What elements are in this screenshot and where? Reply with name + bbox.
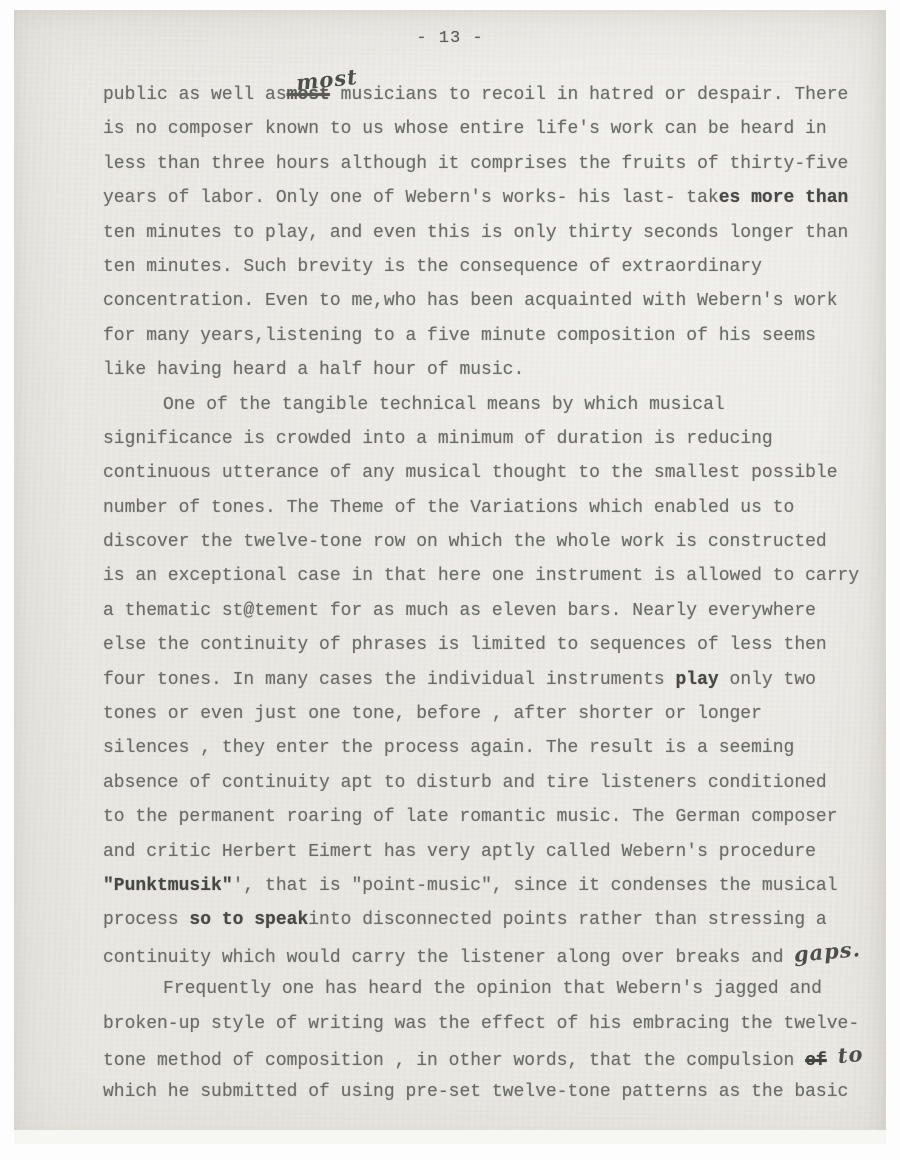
- scan-edge: [14, 1130, 886, 1144]
- text-segment: else the continuity of phrases is limite…: [103, 635, 827, 655]
- text-segment: significance is crowded into a minimum o…: [103, 429, 773, 449]
- text-line: which he submitted of using pre-set twel…: [103, 1075, 873, 1109]
- text-segment: only two: [719, 670, 816, 690]
- text-segment: for many years,listening to a five minut…: [103, 326, 816, 346]
- text-segment: four tones. In many cases the individual…: [103, 670, 676, 690]
- text-segment: [827, 1051, 838, 1071]
- handwritten-correction: gaps.: [793, 932, 863, 972]
- text-segment: ten minutes. Such brevity is the consequ…: [103, 257, 762, 277]
- text-segment: process: [103, 910, 189, 930]
- text-segment: "Punktmusik": [103, 876, 233, 896]
- text-segment: to the permanent roaring of late romanti…: [103, 807, 838, 827]
- paper-sheet: - 13 - most public as well asmost musici…: [14, 10, 886, 1144]
- text-line: discover the twelve-tone row on which th…: [103, 525, 873, 559]
- text-segment: of: [805, 1051, 827, 1071]
- text-line: continuous utterance of any musical thou…: [103, 456, 873, 490]
- text-segment: is an exceptional case in that here one …: [103, 566, 859, 586]
- text-segment: continuity which would carry the listene…: [103, 948, 794, 968]
- text-segment: less than three hours although it compri…: [103, 154, 848, 174]
- text-segment: and critic Herbert Eimert has very aptly…: [103, 842, 816, 862]
- text-line: a thematic st@tement for as much as elev…: [103, 594, 873, 628]
- text-segment: continuous utterance of any musical thou…: [103, 463, 838, 483]
- handwritten-correction: to: [836, 1037, 865, 1074]
- text-segment: a thematic st@tement for as much as elev…: [103, 601, 816, 621]
- text-segment: silences , they enter the process again.…: [103, 738, 794, 758]
- text-line: silences , they enter the process again.…: [103, 731, 873, 765]
- text-line: tone method of composition , in other wo…: [103, 1041, 873, 1075]
- text-line: number of tones. The Theme of the Variat…: [103, 491, 873, 525]
- page-number: - 13 -: [14, 29, 886, 48]
- text-line: broken-up style of writing was the effec…: [103, 1007, 873, 1041]
- text-line: ten minutes to play, and even this is on…: [103, 216, 873, 250]
- text-segment: Frequently one has heard the opinion tha…: [163, 979, 822, 999]
- text-line: like having heard a half hour of music.: [103, 353, 873, 387]
- text-line: is no composer known to us whose entire …: [103, 112, 873, 146]
- text-line: public as well asmost musicians to recoi…: [103, 78, 873, 112]
- text-line: process so to speakinto disconnected poi…: [103, 903, 873, 937]
- text-line: to the permanent roaring of late romanti…: [103, 800, 873, 834]
- text-line: One of the tangible technical means by w…: [103, 388, 873, 422]
- text-segment: is no composer known to us whose entire …: [103, 119, 827, 139]
- text-line: absence of continuity apt to disturb and…: [103, 766, 873, 800]
- text-segment: musicians to recoil in hatred or despair…: [330, 85, 848, 105]
- text-segment: years of labor. Only one of Webern's wor…: [103, 188, 719, 208]
- text-line: significance is crowded into a minimum o…: [103, 422, 873, 456]
- text-segment: like having heard a half hour of music.: [103, 360, 524, 380]
- typewritten-text: public as well asmost musicians to recoi…: [103, 78, 873, 1110]
- text-line: less than three hours although it compri…: [103, 147, 873, 181]
- text-line: years of labor. Only one of Webern's wor…: [103, 181, 873, 215]
- text-line: concentration. Even to me,who has been a…: [103, 284, 873, 318]
- text-line: ten minutes. Such brevity is the consequ…: [103, 250, 873, 284]
- text-segment: One of the tangible technical means by w…: [163, 395, 725, 415]
- text-line: is an exceptional case in that here one …: [103, 559, 873, 593]
- text-line: and critic Herbert Eimert has very aptly…: [103, 835, 873, 869]
- scanned-page: - 13 - most public as well asmost musici…: [0, 0, 900, 1160]
- text-segment: number of tones. The Theme of the Variat…: [103, 498, 794, 518]
- text-segment: absence of continuity apt to disturb and…: [103, 773, 827, 793]
- text-segment: tone method of composition , in other wo…: [103, 1051, 805, 1071]
- text-segment: es more than: [719, 188, 849, 208]
- text-line: "Punktmusik"', that is "point-music", si…: [103, 869, 873, 903]
- text-segment: into disconnected points rather than str…: [308, 910, 826, 930]
- text-segment: concentration. Even to me,who has been a…: [103, 291, 838, 311]
- text-line: Frequently one has heard the opinion tha…: [103, 972, 873, 1006]
- text-line: four tones. In many cases the individual…: [103, 663, 873, 697]
- text-line: tones or even just one tone, before , af…: [103, 697, 873, 731]
- text-segment: public as well as: [103, 85, 287, 105]
- text-segment: tones or even just one tone, before , af…: [103, 704, 762, 724]
- text-segment: most: [287, 85, 330, 105]
- text-segment: play: [676, 670, 719, 690]
- text-segment: ', that is "point-music", since it conde…: [233, 876, 838, 896]
- text-segment: ten minutes to play, and even this is on…: [103, 223, 848, 243]
- text-line: else the continuity of phrases is limite…: [103, 628, 873, 662]
- text-segment: so to speak: [189, 910, 308, 930]
- text-line: for many years,listening to a five minut…: [103, 319, 873, 353]
- text-line: continuity which would carry the listene…: [103, 938, 873, 972]
- text-segment: discover the twelve-tone row on which th…: [103, 532, 827, 552]
- text-segment: which he submitted of using pre-set twel…: [103, 1082, 848, 1102]
- text-segment: broken-up style of writing was the effec…: [103, 1014, 859, 1034]
